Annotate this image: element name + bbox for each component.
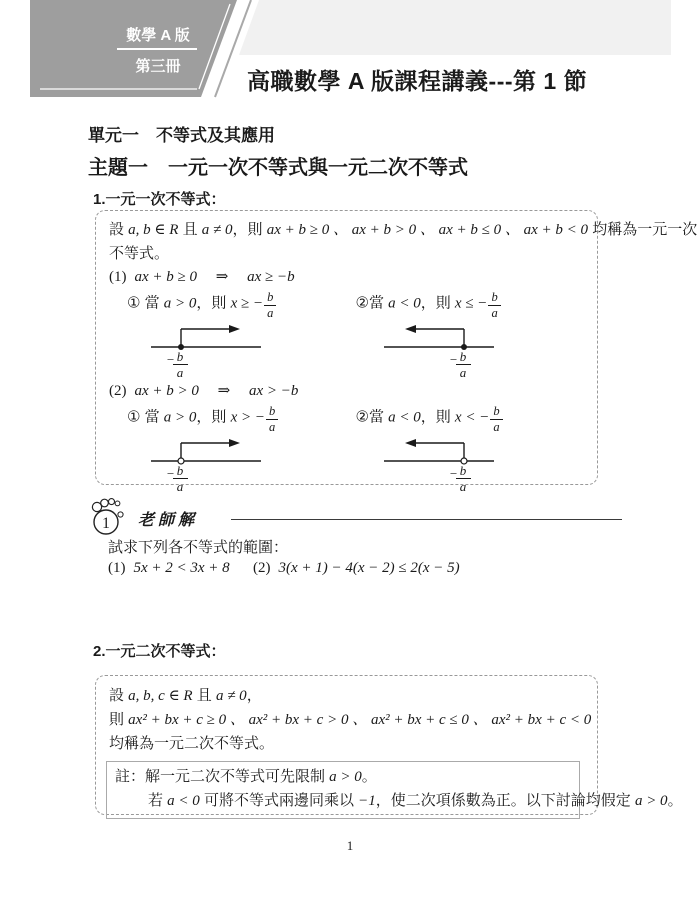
math-segment: 5x + 2 < 3x + 8 xyxy=(134,560,230,576)
text-segment: 且 xyxy=(178,221,201,238)
title-band xyxy=(239,0,671,55)
math-segment: −1 xyxy=(358,793,376,809)
exercise-number: (2) xyxy=(253,560,271,576)
svg-text:a: a xyxy=(177,365,184,379)
number-line-open-left: − b a xyxy=(382,435,507,493)
fraction: ba xyxy=(266,405,278,434)
svg-text:a: a xyxy=(460,479,467,493)
text-segment: ， xyxy=(247,687,262,704)
text-segment: ②當 xyxy=(356,409,389,426)
math-segment: 3(x + 1) − 4(x − 2) ≤ 2(x − 5) xyxy=(279,560,460,576)
condition-a-positive: ① 當 a > 0，則 x > −ba xyxy=(127,403,356,432)
text-segment: 均稱為一元一次 xyxy=(588,221,697,238)
svg-text:b: b xyxy=(460,463,467,478)
quadratic-inequality-box: 設 a, b, c ∈ R 且 a ≠ 0， 則 ax² + bx + c ≥ … xyxy=(95,675,598,815)
math-segment: a > 0 xyxy=(329,769,362,785)
text-segment: ，則 xyxy=(196,409,230,426)
text-segment: ，使二次項係數為正。以下討論均假定 xyxy=(376,792,635,809)
math-segment: a > 0 xyxy=(635,793,668,809)
condition-a-positive: ① 當 a > 0，則 x ≥ −ba xyxy=(127,289,356,318)
number-line-open-right: − b a xyxy=(149,435,274,493)
math-segment: ax + b ≥ 0 、 ax + b > 0 、 ax + b ≤ 0 、 a… xyxy=(267,222,588,238)
text-segment: ，則 xyxy=(421,409,455,426)
exercise-2: (2)3(x + 1) − 4(x − 2) ≤ 2(x − 5) xyxy=(253,559,460,577)
heading-topic: 主題一 一元一次不等式與一元二次不等式 xyxy=(88,151,468,180)
arrowhead-right xyxy=(229,439,240,447)
teacher-rule-line xyxy=(231,519,622,520)
box2-line1: 設 a, b, c ∈ R 且 a ≠ 0， xyxy=(109,684,584,708)
math-segment: x > − xyxy=(231,410,265,426)
fraction: ba xyxy=(490,405,502,434)
condition-row-1: ① 當 a > 0，則 x ≥ −ba ②當 a < 0，則 x ≤ −ba xyxy=(127,289,584,321)
badge-volume-label: 第三冊 xyxy=(103,55,213,76)
case-number: (2) xyxy=(109,383,127,399)
badge-divider xyxy=(117,48,197,50)
arrowhead-right xyxy=(229,325,240,333)
math-segment: a > 0 xyxy=(164,410,197,426)
box2-line3: 均稱為一元二次不等式。 xyxy=(109,732,584,755)
fraction: ba xyxy=(264,291,276,320)
heading-section-1: 1.一元一次不等式： xyxy=(93,188,226,209)
math-segment: a ≠ 0 xyxy=(202,222,233,238)
text-segment: 註：解一元二次不等式可先限制 xyxy=(115,768,329,785)
case-1-line: (1)ax + b ≥ 0 ⇒ ax ≥ −b xyxy=(109,265,584,289)
linear-inequality-box: 設 a, b ∈ R 且 a ≠ 0，則 ax + b ≥ 0 、 ax + b… xyxy=(95,210,598,485)
math-segment: a, b ∈ R xyxy=(128,222,178,238)
text-segment: 可將不等式兩邊同乘以 xyxy=(200,792,358,809)
number-line-closed-right: − b a xyxy=(149,321,274,379)
note-line-2: 若 a < 0 可將不等式兩邊同乘以 −1，使二次項係數為正。以下討論均假定 a… xyxy=(115,789,571,813)
teacher-solve-label: 老師解 xyxy=(138,507,198,530)
text-segment: 設 xyxy=(109,221,128,238)
math-segment: a < 0 xyxy=(167,793,200,809)
text-segment: ① 當 xyxy=(127,295,164,312)
math-segment: a < 0 xyxy=(388,410,421,426)
number-line-row-2: − b a − b a xyxy=(149,435,584,493)
math-segment: ax² + bx + c ≥ 0 、 ax² + bx + c > 0 、 ax… xyxy=(128,712,591,728)
svg-text:a: a xyxy=(177,479,184,493)
svg-text:1: 1 xyxy=(102,515,110,532)
text-segment: 。 xyxy=(362,768,377,785)
case-number: (1) xyxy=(109,269,127,285)
exercise-prompt: 試求下列各不等式的範圍： xyxy=(108,536,288,557)
condition-a-negative: ②當 a < 0，則 x < −ba xyxy=(356,403,585,432)
text-segment: 則 xyxy=(109,711,128,728)
case-2-line: (2)ax + b > 0 ⇒ ax > −b xyxy=(109,379,584,403)
teacher-solve-icon: 1 xyxy=(90,498,136,538)
math-segment: a > 0 xyxy=(164,296,197,312)
text-segment: 且 xyxy=(193,687,216,704)
svg-text:b: b xyxy=(177,349,184,364)
text-segment: ，則 xyxy=(196,295,230,312)
math-segment: x < − xyxy=(455,410,489,426)
box2-line2: 則 ax² + bx + c ≥ 0 、 ax² + bx + c > 0 、 … xyxy=(109,708,584,732)
math-segment: ax + b ≥ 0 ⇒ ax ≥ −b xyxy=(135,269,295,285)
math-segment: ax + b > 0 ⇒ ax > −b xyxy=(135,383,299,399)
page-title: 高職數學 A 版課程講義---第 1 節 xyxy=(247,63,587,96)
box1-intro-line1: 設 a, b ∈ R 且 a ≠ 0，則 ax + b ≥ 0 、 ax + b… xyxy=(109,218,584,242)
math-segment: a ≠ 0 xyxy=(216,688,247,704)
spacer xyxy=(274,435,382,493)
note-box: 註：解一元二次不等式可先限制 a > 0。 若 a < 0 可將不等式兩邊同乘以… xyxy=(106,761,580,819)
text-segment: ②當 xyxy=(356,295,389,312)
text-segment: ，則 xyxy=(421,295,455,312)
condition-a-negative: ②當 a < 0，則 x ≤ −ba xyxy=(356,289,585,318)
condition-row-2: ① 當 a > 0，則 x > −ba ②當 a < 0，則 x < −ba xyxy=(127,403,584,435)
exercise-number: (1) xyxy=(108,560,126,576)
text-segment: ① 當 xyxy=(127,409,164,426)
text-segment: ，則 xyxy=(233,221,267,238)
math-segment: x ≤ − xyxy=(455,296,488,312)
svg-text:a: a xyxy=(460,365,467,379)
number-line-closed-left: − b a xyxy=(382,321,507,379)
heading-section-2: 2.一元二次不等式： xyxy=(93,640,226,661)
note-line-1: 註：解一元二次不等式可先限制 a > 0。 xyxy=(115,765,571,789)
text-segment: 。 xyxy=(668,792,683,809)
math-segment: a, b, c ∈ R xyxy=(128,688,192,704)
fraction: ba xyxy=(488,291,500,320)
text-segment: 設 xyxy=(109,687,128,704)
arrowhead-left xyxy=(405,439,416,447)
math-segment: x ≥ − xyxy=(231,296,264,312)
page-number: 1 xyxy=(0,838,700,854)
heading-unit: 單元一 不等式及其應用 xyxy=(88,121,275,146)
badge-series-label: 數學 A 版 xyxy=(103,24,213,45)
arrowhead-left xyxy=(405,325,416,333)
svg-text:b: b xyxy=(177,463,184,478)
math-segment: a < 0 xyxy=(388,296,421,312)
svg-text:b: b xyxy=(460,349,467,364)
exercise-1: (1)5x + 2 < 3x + 8 xyxy=(108,559,230,577)
text-segment: 若 xyxy=(148,792,167,809)
box1-intro-line2: 不等式。 xyxy=(109,242,584,265)
number-line-row-1: − b a − b a xyxy=(149,321,584,379)
document-page: 數學 A 版 第三冊 高職數學 A 版課程講義---第 1 節 單元一 不等式及… xyxy=(0,0,700,906)
spacer xyxy=(274,321,382,379)
